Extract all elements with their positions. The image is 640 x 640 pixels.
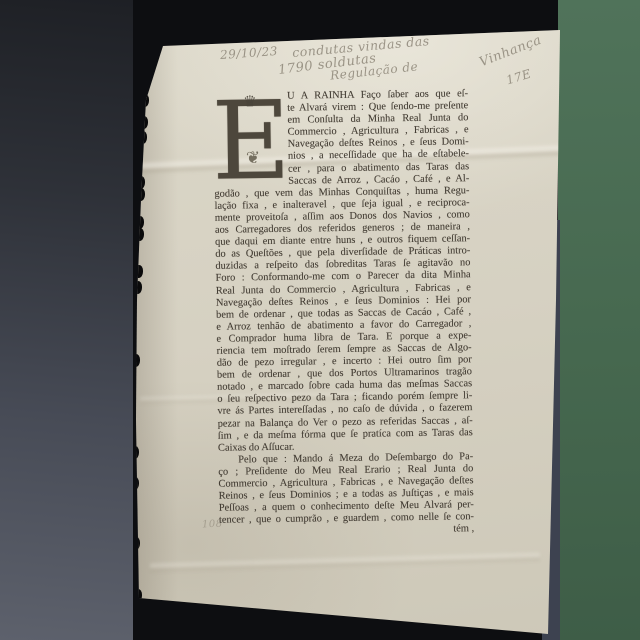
crown-icon: ♛ [243, 95, 257, 110]
green-cover-strip [558, 0, 640, 640]
stitch-hole [138, 131, 147, 144]
printed-text-block: E ♛ ❦ U A RAINHA Faço ſaber aos que eſ-t… [213, 88, 474, 539]
paper-crease [150, 551, 540, 574]
stitch-hole [136, 176, 145, 189]
stitch-hole [135, 228, 144, 241]
stitch-hole [140, 94, 149, 107]
stitch-hole [136, 188, 145, 201]
album-mat-left [0, 0, 133, 640]
pencil-date-annotation: 29/10/23 [220, 44, 279, 62]
foliage-icon: ❦ [246, 149, 260, 166]
pencil-annotation-right-number: 17E [505, 67, 534, 88]
stitch-hole [134, 265, 143, 278]
stitch-hole [139, 116, 148, 129]
photo-backdrop: 29/10/23 condutas vindas das 1790 soldut… [0, 0, 640, 640]
stitch-hole [133, 589, 142, 602]
stitch-hole [133, 281, 142, 294]
pencil-annotation-right-word: Vinhança [477, 33, 543, 70]
stitch-hole [135, 216, 144, 229]
